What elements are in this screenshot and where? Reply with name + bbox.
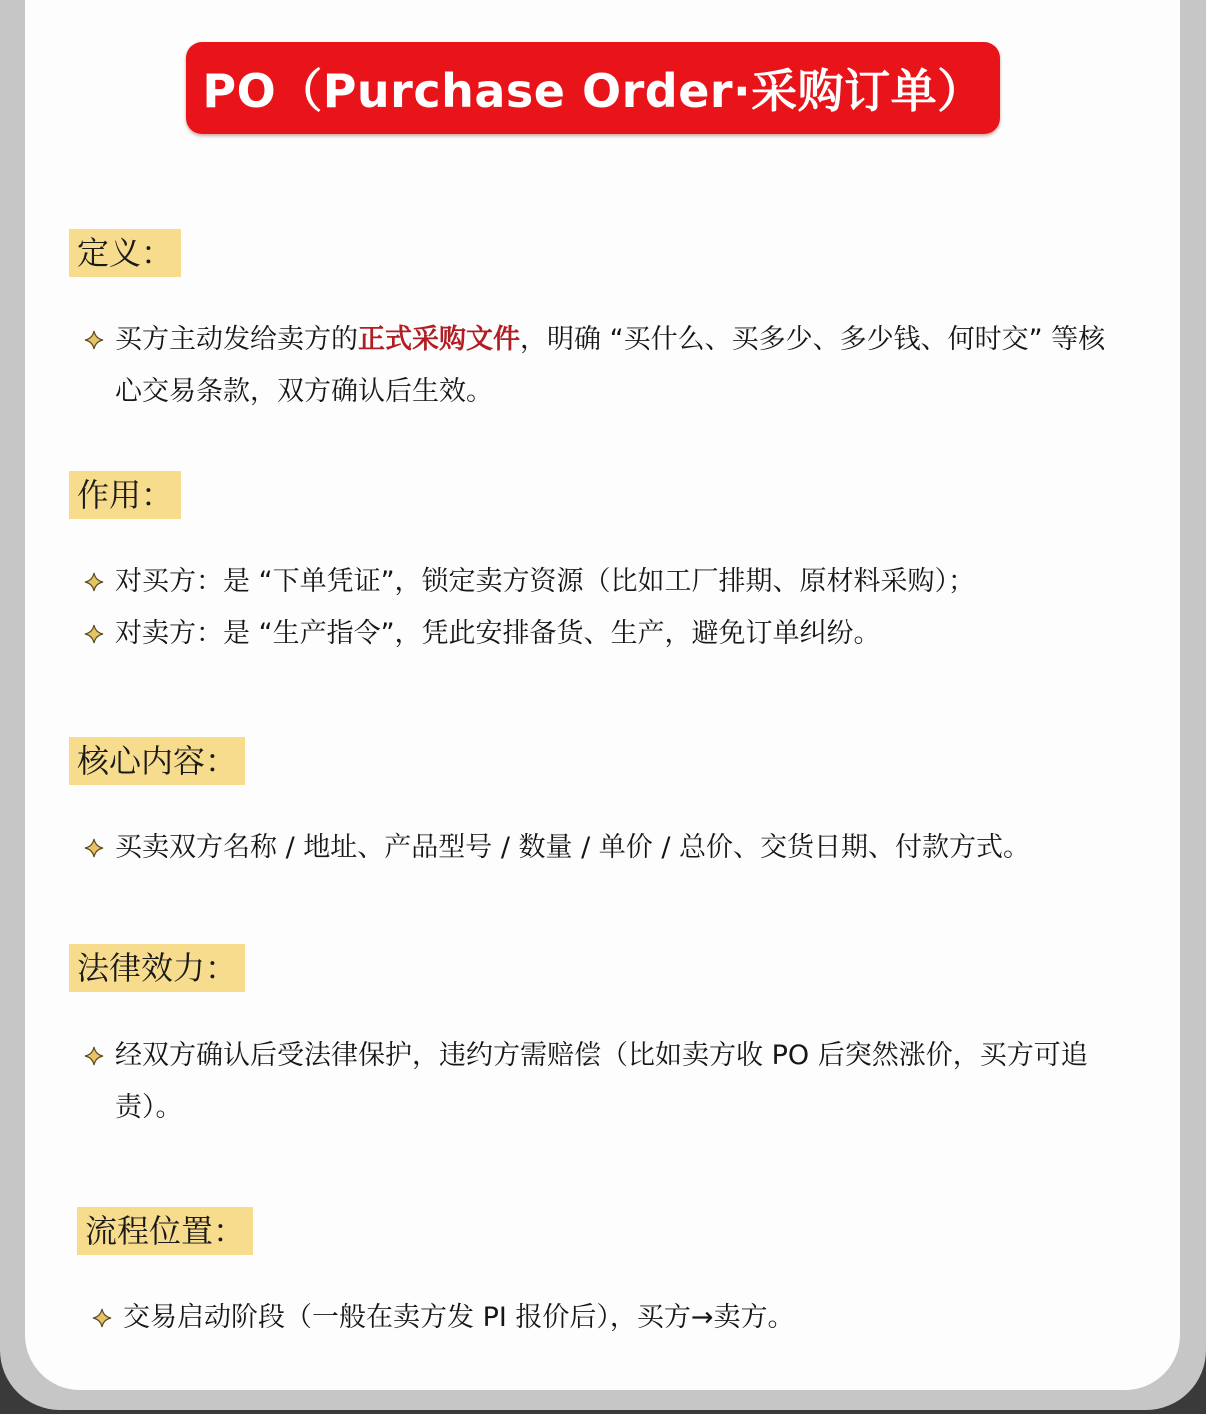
bullet-legal-effect: 经双方确认后受法律保护，违约方需赔偿（比如卖方收 PO 后突然涨价，买方可追责）…	[115, 1030, 1125, 1134]
four-point-star-icon	[83, 608, 105, 660]
title-banner: PO（Purchase Order·采购订单）	[186, 42, 1000, 134]
four-point-star-icon	[83, 314, 105, 366]
four-point-star-icon	[83, 822, 105, 874]
bullet-definition: 买方主动发给卖方的正式采购文件，明确 “买什么、买多少、多少钱、何时交” 等核心…	[115, 314, 1125, 418]
section-heading-core-content: 核心内容：	[69, 737, 245, 785]
four-point-star-icon	[83, 556, 105, 608]
section-heading-legal-effect: 法律效力：	[69, 944, 245, 992]
section-heading-purpose: 作用：	[69, 471, 181, 519]
content-card	[25, 0, 1180, 1390]
bullet-purpose-buyer: 对买方：是 “下单凭证”，锁定卖方资源（比如工厂排期、原材料采购）；	[115, 556, 1125, 608]
bullet-purpose-seller: 对卖方：是 “生产指令”，凭此安排备货、生产，避免订单纠纷。	[115, 608, 1125, 660]
section-heading-process-position: 流程位置：	[77, 1207, 253, 1255]
section-heading-definition: 定义：	[69, 229, 181, 277]
four-point-star-icon	[83, 1030, 105, 1082]
highlight-formal-document: 正式采购文件	[358, 324, 520, 355]
four-point-star-icon	[91, 1292, 113, 1344]
page-title: PO（Purchase Order·采购订单）	[202, 55, 983, 121]
bullet-process-position: 交易启动阶段（一般在卖方发 PI 报价后），买方→卖方。	[123, 1292, 1133, 1344]
bullet-core-content: 买卖双方名称 / 地址、产品型号 / 数量 / 单价 / 总价、交货日期、付款方…	[115, 822, 1125, 874]
